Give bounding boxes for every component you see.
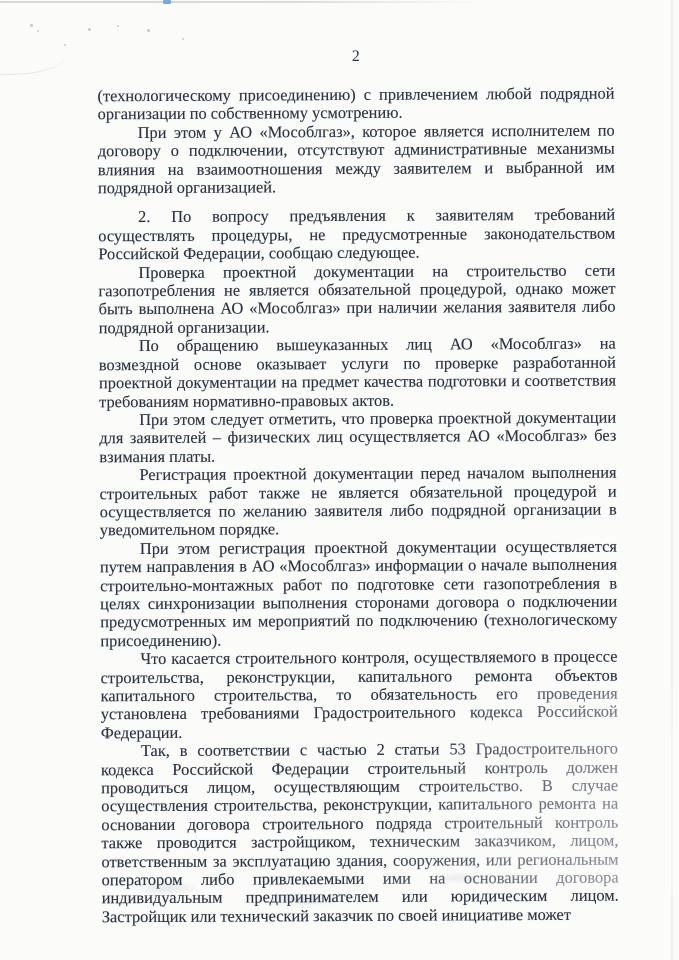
page-content: 2 (технологическому присоединению) с при… <box>0 0 679 960</box>
scanned-document-sheet: 2 (технологическому присоединению) с при… <box>0 0 679 960</box>
paragraph-8: При этом регистрация проектной документа… <box>100 537 618 650</box>
paragraph-7: Регистрация проектной документации перед… <box>99 464 616 540</box>
paragraph-4: Проверка проектной документации на строи… <box>98 261 615 337</box>
paragraph-1: (технологическому присоединению) с привл… <box>97 85 614 125</box>
paragraph-3: 2. По вопросу предъявления к заявителям … <box>98 206 615 264</box>
paragraph-2: При этом у АО «Мособлгаз», которое являе… <box>98 121 615 197</box>
paragraph-6: При этом следует отметить, что проверка … <box>99 408 616 466</box>
paragraph-9: Что касается строительного контроля, осу… <box>100 648 617 743</box>
paragraph-5: По обращению вышеуказанных лиц АО «Мособ… <box>99 335 616 411</box>
document-body: (технологическому присоединению) с привл… <box>97 85 618 927</box>
paragraph-10: Так, в соответствии с частью 2 статьи 53… <box>101 740 619 927</box>
page-number: 2 <box>97 47 614 68</box>
